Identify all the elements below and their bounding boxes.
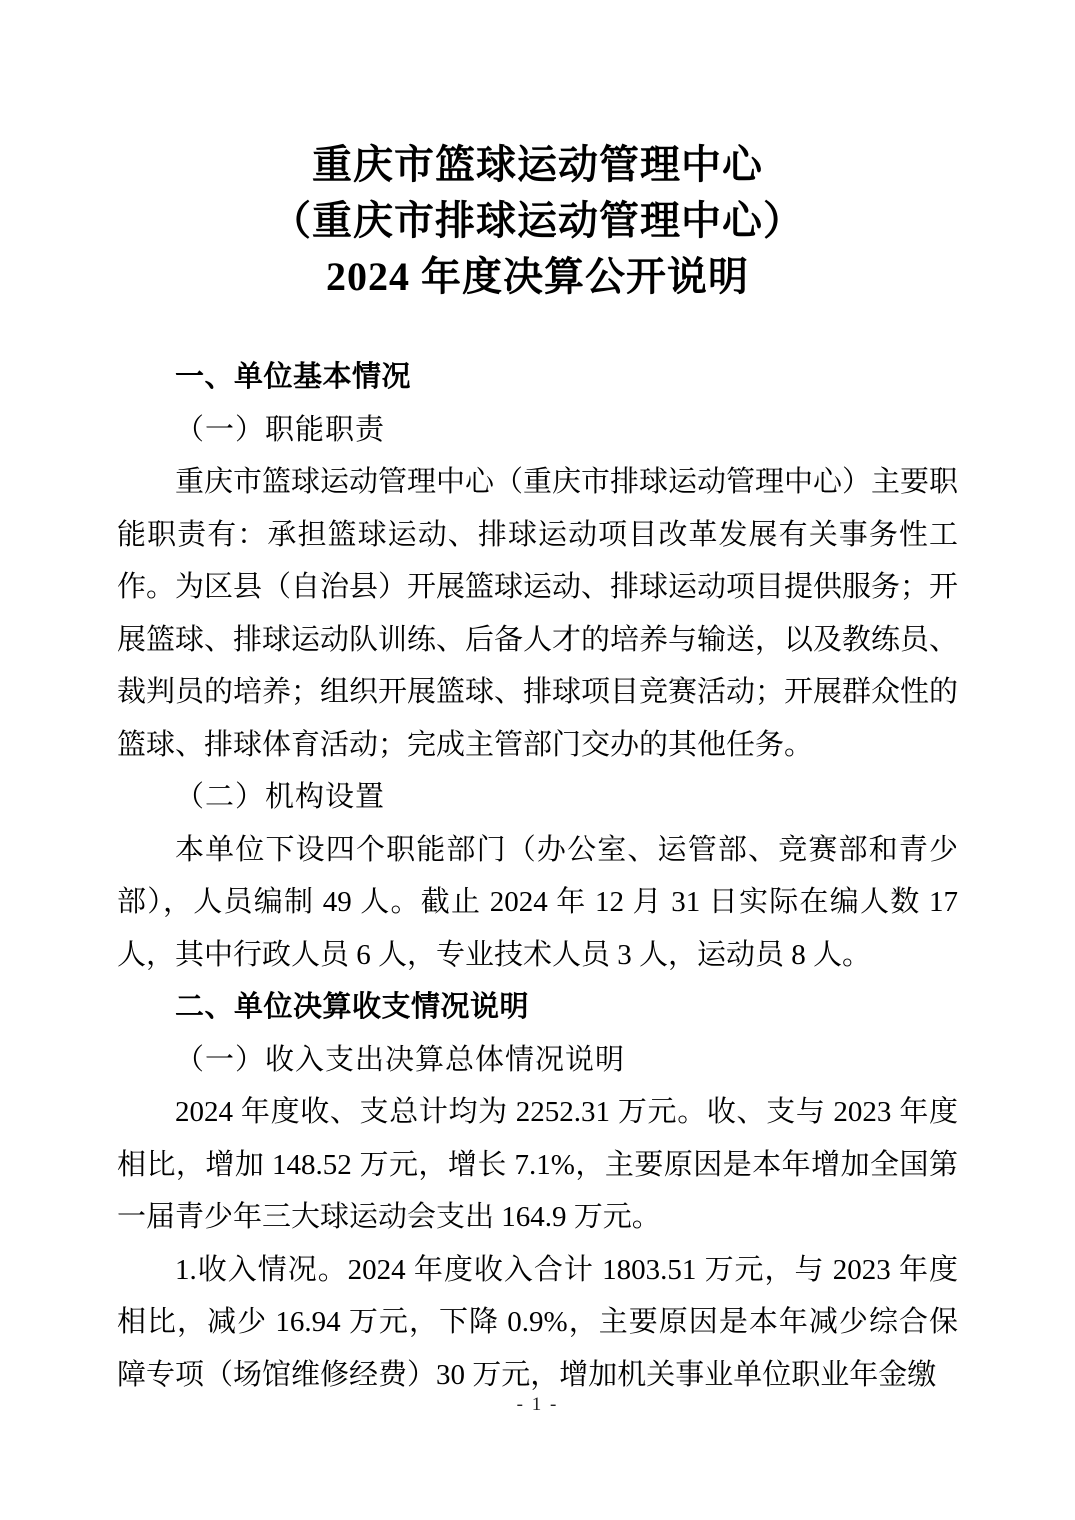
- paragraph-duties: 重庆市篮球运动管理中心（重庆市排球运动管理中心）主要职能职责有：承担篮球运动、排…: [117, 456, 958, 771]
- subsection-heading-overview: （一）收入支出决算总体情况说明: [117, 1034, 958, 1087]
- title-line-1: 重庆市篮球运动管理中心: [117, 137, 958, 193]
- document-title: 重庆市篮球运动管理中心 （重庆市排球运动管理中心） 2024 年度决算公开说明: [117, 137, 958, 305]
- section-heading-basic-info: 一、单位基本情况: [117, 351, 958, 404]
- document-body: 一、单位基本情况 （一）职能职责 重庆市篮球运动管理中心（重庆市排球运动管理中心…: [117, 351, 958, 1401]
- document-content: 重庆市篮球运动管理中心 （重庆市排球运动管理中心） 2024 年度决算公开说明 …: [117, 137, 958, 1401]
- subsection-heading-structure: （二）机构设置: [117, 771, 958, 824]
- subsection-heading-duties: （一）职能职责: [117, 404, 958, 457]
- title-line-2: （重庆市排球运动管理中心）: [117, 193, 958, 249]
- paragraph-budget-overview: 2024 年度收、支总计均为 2252.31 万元。收、支与 2023 年度相比…: [117, 1086, 958, 1244]
- paragraph-structure: 本单位下设四个职能部门（办公室、运管部、竞赛部和青少部），人员编制 49 人。截…: [117, 824, 958, 982]
- section-heading-budget: 二、单位决算收支情况说明: [117, 981, 958, 1034]
- document-page: 重庆市篮球运动管理中心 （重庆市排球运动管理中心） 2024 年度决算公开说明 …: [0, 0, 1075, 1520]
- page-number: - 1 -: [0, 1394, 1075, 1416]
- paragraph-income-detail: 1.收入情况。2024 年度收入合计 1803.51 万元，与 2023 年度相…: [117, 1244, 958, 1402]
- title-line-3: 2024 年度决算公开说明: [117, 249, 958, 305]
